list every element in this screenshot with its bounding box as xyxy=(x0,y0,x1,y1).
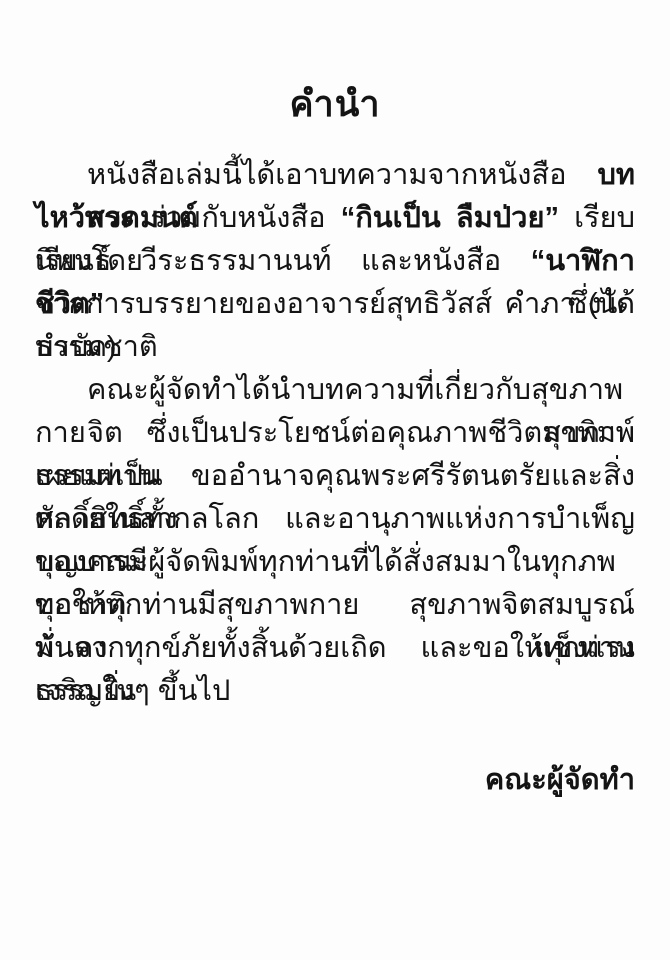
paragraph-line: ของคณะผู้จัดพิมพ์ทุกท่านที่ได้สั่งสมมาใน… xyxy=(35,541,635,584)
scanned-book-page: คำนำ หนังสือเล่มนี้ได้เอาบทความจากหนังสื… xyxy=(0,0,670,960)
paragraph-line: จากการบรรยายของอาจารย์สุทธิวัสส์ คำภา (น… xyxy=(35,283,635,326)
paragraph-line: นิพนธ์ วีระธรรมานนท์ และหนังสือ “นาฬิกาช… xyxy=(35,240,635,283)
signature-credit: คณะผู้จัดทำ xyxy=(35,759,635,802)
text-segment: บำบัด) xyxy=(35,331,117,363)
text-segment: หนังสือเล่มนี้ได้เอาบทความจากหนังสือ xyxy=(87,159,597,191)
paragraph-line: พ้นจากทุกข์ภัยทั้งสิ้นด้วยเถิด และขอให้ท… xyxy=(35,627,635,670)
page-title: คำนำ xyxy=(35,78,635,130)
text-segment: ธรรมยิ่งๆ ขึ้นไป xyxy=(35,675,230,707)
paragraph-line: กาย ซึ่งเป็นประโยชน์ต่อคุณภาพชีวิตมาพิมพ… xyxy=(35,412,635,455)
text-segment: นิพนธ์ วีระธรรมานนท์ และหนังสือ xyxy=(35,245,531,277)
paragraph-line: ไหว้พระ ร่วมกับหนังสือ “กินเป็น ลืมป่วย”… xyxy=(35,197,635,240)
paragraph-line: ขอให้ทุกท่านมีสุขภาพกาย สุขภาพจิตสมบูรณ์… xyxy=(35,584,635,627)
book-title-text: ไหว้พระ xyxy=(35,202,135,234)
text-segment: ร่วมกับหนังสือ xyxy=(135,202,340,234)
preface-body: หนังสือเล่มนี้ได้เอาบทความจากหนังสือ บทส… xyxy=(35,154,635,713)
paragraph-line: คณะผู้จัดทำได้นำบทความที่เกี่ยวกับสุขภาพ… xyxy=(35,369,635,412)
paragraph-line: หนังสือเล่มนี้ได้เอาบทความจากหนังสือ บทส… xyxy=(35,154,635,197)
paragraph-line: ธรรมทาน ขออำนาจคุณพระศรีรัตนตรัยและสิ่งศ… xyxy=(35,455,635,498)
paragraph-line: หลายในสากลโลก และอานุภาพแห่งการบำเพ็ญบุญ… xyxy=(35,498,635,541)
paragraph-line: ธรรมยิ่งๆ ขึ้นไป xyxy=(35,670,635,713)
book-title-text: “กินเป็น ลืมป่วย” xyxy=(341,202,559,234)
